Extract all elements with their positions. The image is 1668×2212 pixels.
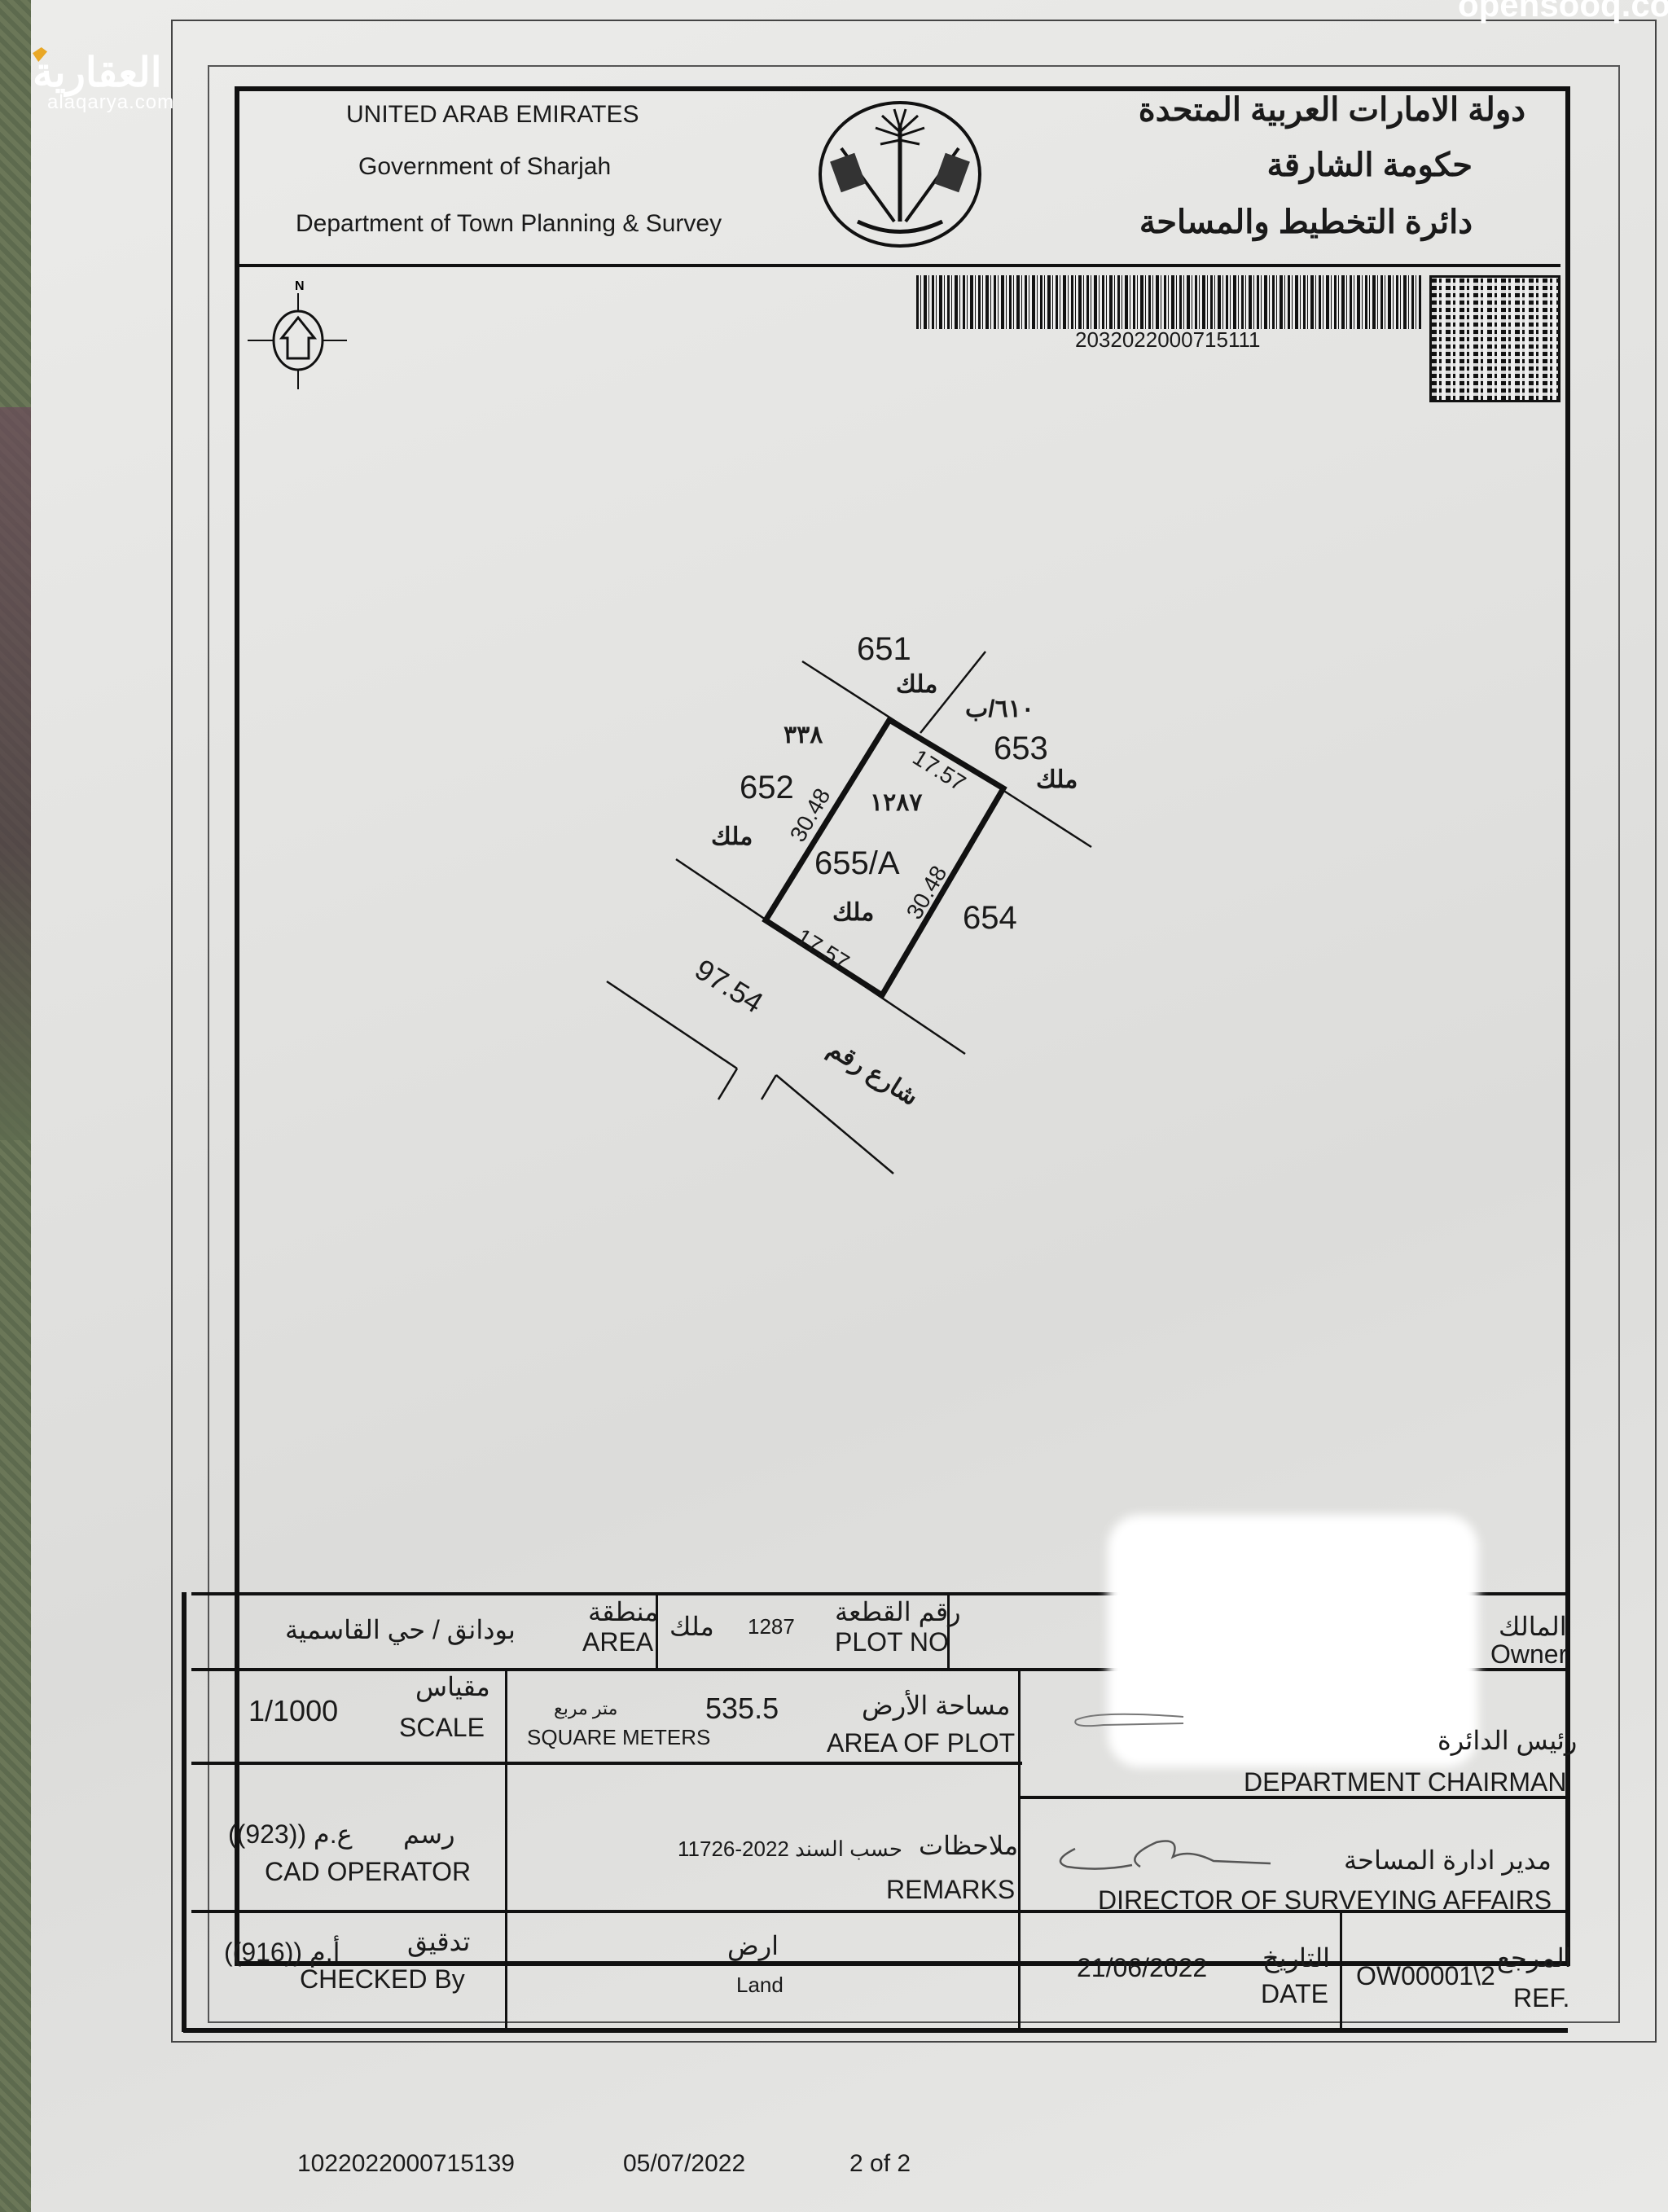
remarks-label-ar: ملاحظات [919,1830,1018,1861]
cad-label-en: CAD OPERATOR [265,1857,471,1887]
cad-value: ع.م ((923)) [228,1819,353,1850]
table-col-divider [1340,1910,1342,2030]
remarks-label-en: REMARKS [886,1875,1015,1905]
neighbor-653-label: 653 [994,731,1048,767]
land-type-ar: ارض [727,1930,779,1961]
svg-text:N: N [295,279,305,293]
header-government-ar: حكومة الشارقة [1266,147,1473,184]
date-value: 21/06/2022 [1077,1953,1207,1983]
header-department-en: Department of Town Planning & Survey [296,210,722,238]
scale-label-ar: مقياس [415,1671,490,1702]
neighbor-651-label: 651 [857,631,911,668]
watermark-opensooq: opensooq.com [1458,0,1668,24]
table-border-left [182,1592,187,2032]
watermark-logo: العقارية [33,49,162,96]
neighbor-653-type: ملك [1036,766,1078,794]
background-fabric-accent [0,407,33,1140]
neighbor-652-label: 652 [740,770,794,806]
area-of-plot-value: 535.5 [705,1692,779,1726]
checked-label-ar: تدقيق [407,1926,470,1957]
cad-label-ar: رسم [403,1819,455,1850]
chairman-label-ar: رئيس الدائرة [1438,1725,1577,1756]
plot-no-label-ar: رقم القطعة [835,1596,961,1627]
unit-ar: متر مربع [554,1698,617,1719]
plot-number-ar: ١٢٨٧ [870,788,922,817]
neighbor-654-label: 654 [963,900,1017,937]
neighbor-651-type: ملك [896,670,937,699]
land-type-en: Land [736,1973,784,1998]
scale-value: 1/1000 [248,1694,338,1728]
header-country-ar: دولة الامارات العربية المتحدة [1139,91,1525,129]
area-of-plot-label-en: AREA OF PLOT [827,1728,1015,1758]
header-department-ar: دائرة التخطيط والمساحة [1139,204,1473,241]
neighbor-652-type: ملك [711,823,753,851]
ref-label-ar: المرجع [1497,1942,1572,1973]
footer-doc-number: 1022022000715139 [297,2150,515,2178]
checked-label-en: CHECKED By [300,1964,465,1995]
area-label-ar: منطقة [588,1596,658,1627]
qr-code [1429,275,1560,402]
header-country-en: UNITED ARAB EMIRATES [346,101,639,129]
scale-label-en: SCALE [399,1713,485,1743]
north-arrow-icon: N [244,277,350,391]
footer-page: 2 of 2 [849,2150,911,2178]
director-label-ar: مدير ادارة المساحة [1344,1845,1552,1876]
table-row-divider [191,1762,1022,1765]
checked-value: أ.م ((916)) [224,1937,340,1968]
plot-no-type: ملك [669,1611,714,1642]
chairman-label-en: DEPARTMENT CHAIRMAN [1244,1767,1566,1797]
neighbor-653-ar-number: ٦١٠/ب [965,695,1034,723]
table-col-divider [505,1668,507,2030]
area-label-en: AREA [582,1627,653,1657]
director-signature [1051,1832,1279,1881]
owner-label-en: Owner [1490,1639,1567,1670]
area-of-plot-label-ar: مساحة الأرض [862,1690,1011,1721]
date-label-ar: التاريخ [1262,1942,1330,1973]
footer-print-date: 05/07/2022 [623,2150,745,2178]
plot-id: 655/A [814,845,900,882]
sharjah-emblem-icon [817,99,983,249]
table-border-bottom [183,2028,1568,2033]
watermark-url: alaqarya.com [47,91,174,114]
unit-en: SQUARE METERS [527,1725,710,1750]
neighbor-652-ar-number: ٣٣٨ [784,721,823,749]
ref-value: OW00001\2 [1356,1961,1495,1991]
table-col-divider [1018,1668,1021,2030]
ref-label-en: REF. [1513,1983,1569,2013]
plot-no-label-en: PLOT NO [835,1627,949,1657]
plot-no-value: 1287 [748,1614,795,1639]
date-label-en: DATE [1261,1979,1328,2009]
barcode-number: 2032022000715111 [1075,327,1261,353]
remarks-value: حسب السند 2022-11726 [678,1837,902,1862]
director-label-en: DIRECTOR OF SURVEYING AFFAIRS [1098,1885,1552,1916]
plot-type: ملك [832,898,874,927]
area-value: بودانق / حي القاسمية [285,1614,516,1645]
barcode [916,275,1421,329]
owner-label-ar: المالك [1499,1611,1567,1642]
header-government-en: Government of Sharjah [358,153,611,181]
chairman-signature [1071,1710,1185,1735]
